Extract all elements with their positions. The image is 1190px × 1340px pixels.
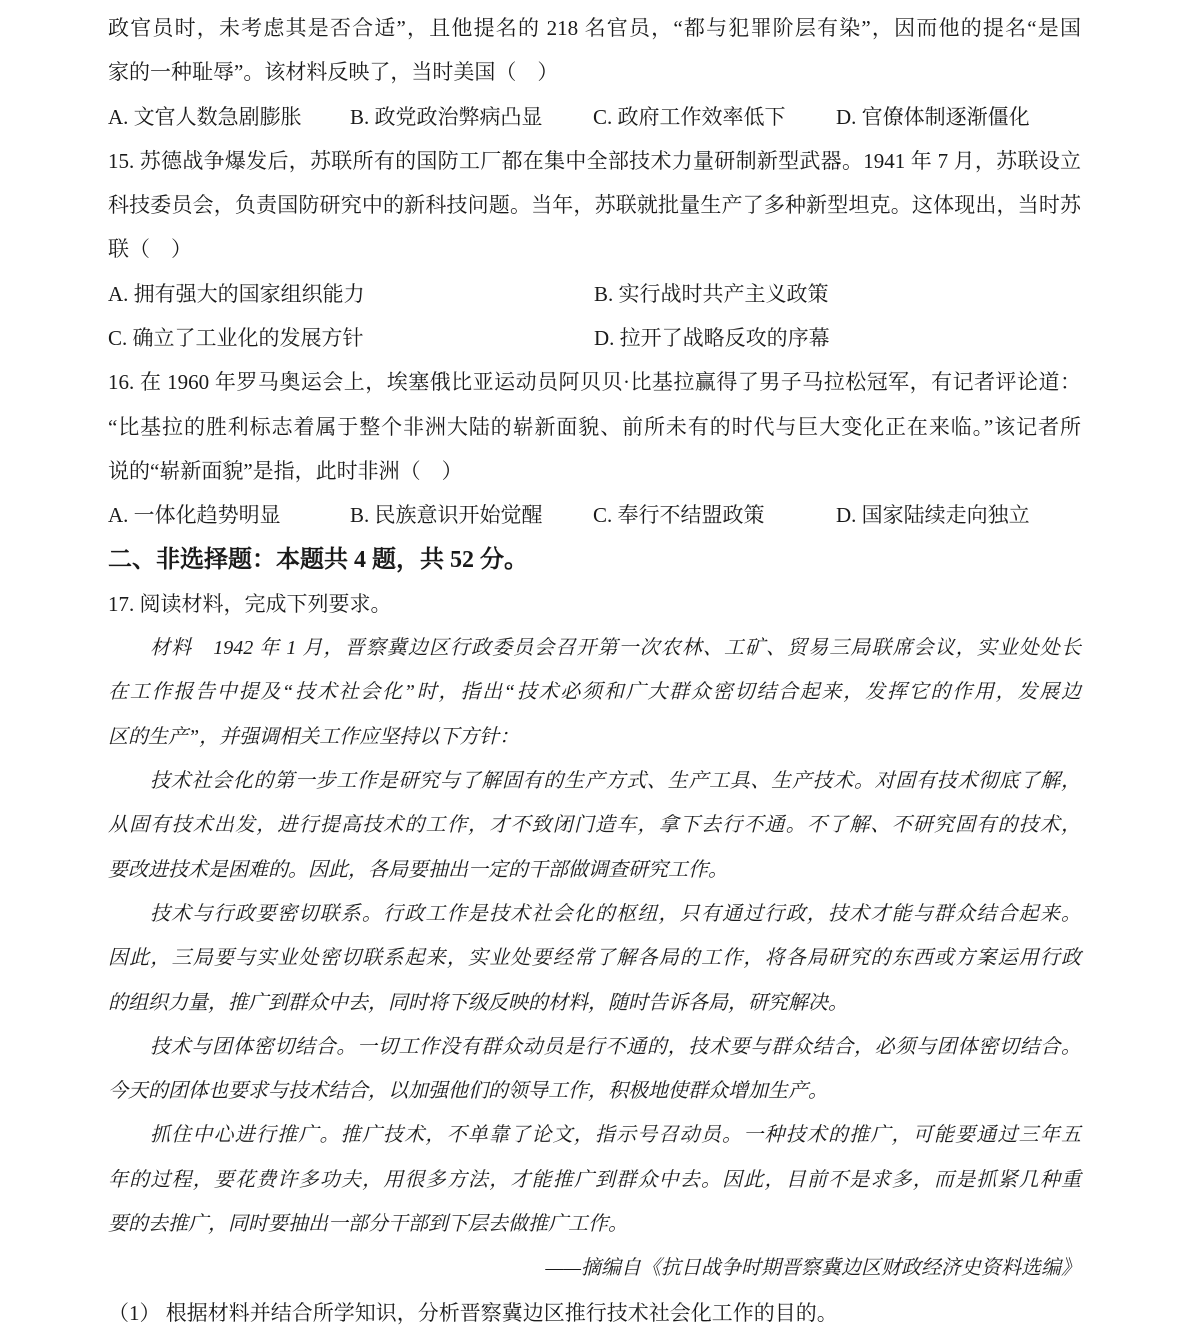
exam-text-column: 政官员时，未考虑其是否合适”，且他提名的 218 名官员，“都与犯罪阶层有染”，… bbox=[108, 6, 1081, 1335]
question-15-options-row-1: A. 拥有强大的国家组织能力B. 实行战时共产主义政策 bbox=[108, 272, 1081, 316]
option-label-C: C. 奉行不结盟政策 bbox=[593, 493, 765, 537]
material-text-line: 的组织力量，推广到群众中去，同时将下级反映的材料，随时告诉各局，研究解决。 bbox=[108, 981, 1081, 1025]
question-16-options-row: A. 一体化趋势明显B. 民族意识开始觉醒C. 奉行不结盟政策D. 国家陆续走向… bbox=[108, 493, 1081, 537]
question-16-text-line: 16. 在 1960 年罗马奥运会上，埃塞俄比亚运动员阿贝贝·比基拉赢得了男子马… bbox=[108, 360, 1081, 404]
option-label-D: D. 官僚体制逐渐僵化 bbox=[836, 95, 1030, 139]
section-2-header: 二、非选择题：本题共 4 题，共 52 分。 bbox=[108, 538, 1081, 582]
question-15-options-row-2: C. 确立了工业化的发展方针D. 拉开了战略反攻的序幕 bbox=[108, 316, 1081, 360]
question-15-text-line: 15. 苏德战争爆发后，苏联所有的国防工厂都在集中全部技术力量研制新型武器。19… bbox=[108, 139, 1081, 183]
option-label-B: B. 实行战时共产主义政策 bbox=[594, 272, 829, 316]
option-label-D: D. 国家陆续走向独立 bbox=[836, 493, 1030, 537]
question-17-stem: 17. 阅读材料，完成下列要求。 bbox=[108, 582, 1081, 626]
material-text-line: 技术与行政要密切联系。行政工作是技术社会化的枢纽，只有通过行政，技术才能与群众结… bbox=[108, 892, 1081, 936]
option-label-A: A. 拥有强大的国家组织能力 bbox=[108, 272, 365, 316]
exam-document-page: 政官员时，未考虑其是否合适”，且他提名的 218 名官员，“都与犯罪阶层有染”，… bbox=[0, 0, 1190, 1340]
subquestion-1: （1） 根据材料并结合所学知识，分析晋察冀边区推行技术社会化工作的目的。 bbox=[108, 1291, 1081, 1335]
material-text-line: 技术社会化的第一步工作是研究与了解固有的生产方式、生产工具、生产技术。对固有技术… bbox=[108, 759, 1081, 803]
question-16-text-line: 说的“崭新面貌”是指，此时非洲（ ） bbox=[108, 449, 1081, 493]
material-text-line: 技术与团体密切结合。一切工作没有群众动员是行不通的，技术要与群众结合，必须与团体… bbox=[108, 1025, 1081, 1069]
material-text-line: 材料 1942 年 1 月，晋察冀边区行政委员会召开第一次农林、工矿、贸易三局联… bbox=[108, 626, 1081, 670]
question-16-text-line: “比基拉的胜利标志着属于整个非洲大陆的崭新面貌、前所未有的时代与巨大变化正在来临… bbox=[108, 405, 1081, 449]
option-label-A: A. 文官人数急剧膨胀 bbox=[108, 95, 302, 139]
material-text-line: 要的去推广，同时要抽出一部分干部到下层去做推广工作。 bbox=[108, 1202, 1081, 1246]
source-attribution: ——摘编自《抗日战争时期晋察冀边区财政经济史资料选编》 bbox=[108, 1246, 1081, 1290]
material-text-line: 要改进技术是困难的。因此，各局要抽出一定的干部做调查研究工作。 bbox=[108, 848, 1081, 892]
option-label-B: B. 政党政治弊病凸显 bbox=[350, 95, 543, 139]
question-15-text-line: 科技委员会，负责国防研究中的新科技问题。当年，苏联就批量生产了多种新型坦克。这体… bbox=[108, 183, 1081, 227]
option-label-A: A. 一体化趋势明显 bbox=[108, 493, 281, 537]
material-text-line: 今天的团体也要求与技术结合，以加强他们的领导工作，积极地使群众增加生产。 bbox=[108, 1069, 1081, 1113]
question-14-options-row: A. 文官人数急剧膨胀B. 政党政治弊病凸显C. 政府工作效率低下D. 官僚体制… bbox=[108, 95, 1081, 139]
material-text-line: 因此，三局要与实业处密切联系起来，实业处要经常了解各局的工作，将各局研究的东西或… bbox=[108, 936, 1081, 980]
material-text-line: 在工作报告中提及“技术社会化”时，指出“技术必须和广大群众密切结合起来，发挥它的… bbox=[108, 670, 1081, 714]
question-14-text-line: 家的一种耻辱”。该材料反映了，当时美国（ ） bbox=[108, 50, 1081, 94]
option-label-D: D. 拉开了战略反攻的序幕 bbox=[594, 316, 830, 360]
material-text-line: 年的过程，要花费许多功夫，用很多方法，才能推广到群众中去。因此，目前不是求多，而… bbox=[108, 1158, 1081, 1202]
option-label-B: B. 民族意识开始觉醒 bbox=[350, 493, 543, 537]
material-text-line: 抓住中心进行推广。推广技术，不单靠了论文，指示号召动员。一种技术的推广，可能要通… bbox=[108, 1113, 1081, 1157]
material-text-line: 从固有技术出发，进行提高技术的工作，才不致闭门造车，拿下去行不通。不了解、不研究… bbox=[108, 803, 1081, 847]
material-text-line: 区的生产”，并强调相关工作应坚持以下方针： bbox=[108, 715, 1081, 759]
option-label-C: C. 确立了工业化的发展方针 bbox=[108, 316, 364, 360]
question-14-text-line: 政官员时，未考虑其是否合适”，且他提名的 218 名官员，“都与犯罪阶层有染”，… bbox=[108, 6, 1081, 50]
option-label-C: C. 政府工作效率低下 bbox=[593, 95, 786, 139]
question-15-text-line: 联（ ） bbox=[108, 227, 1081, 271]
